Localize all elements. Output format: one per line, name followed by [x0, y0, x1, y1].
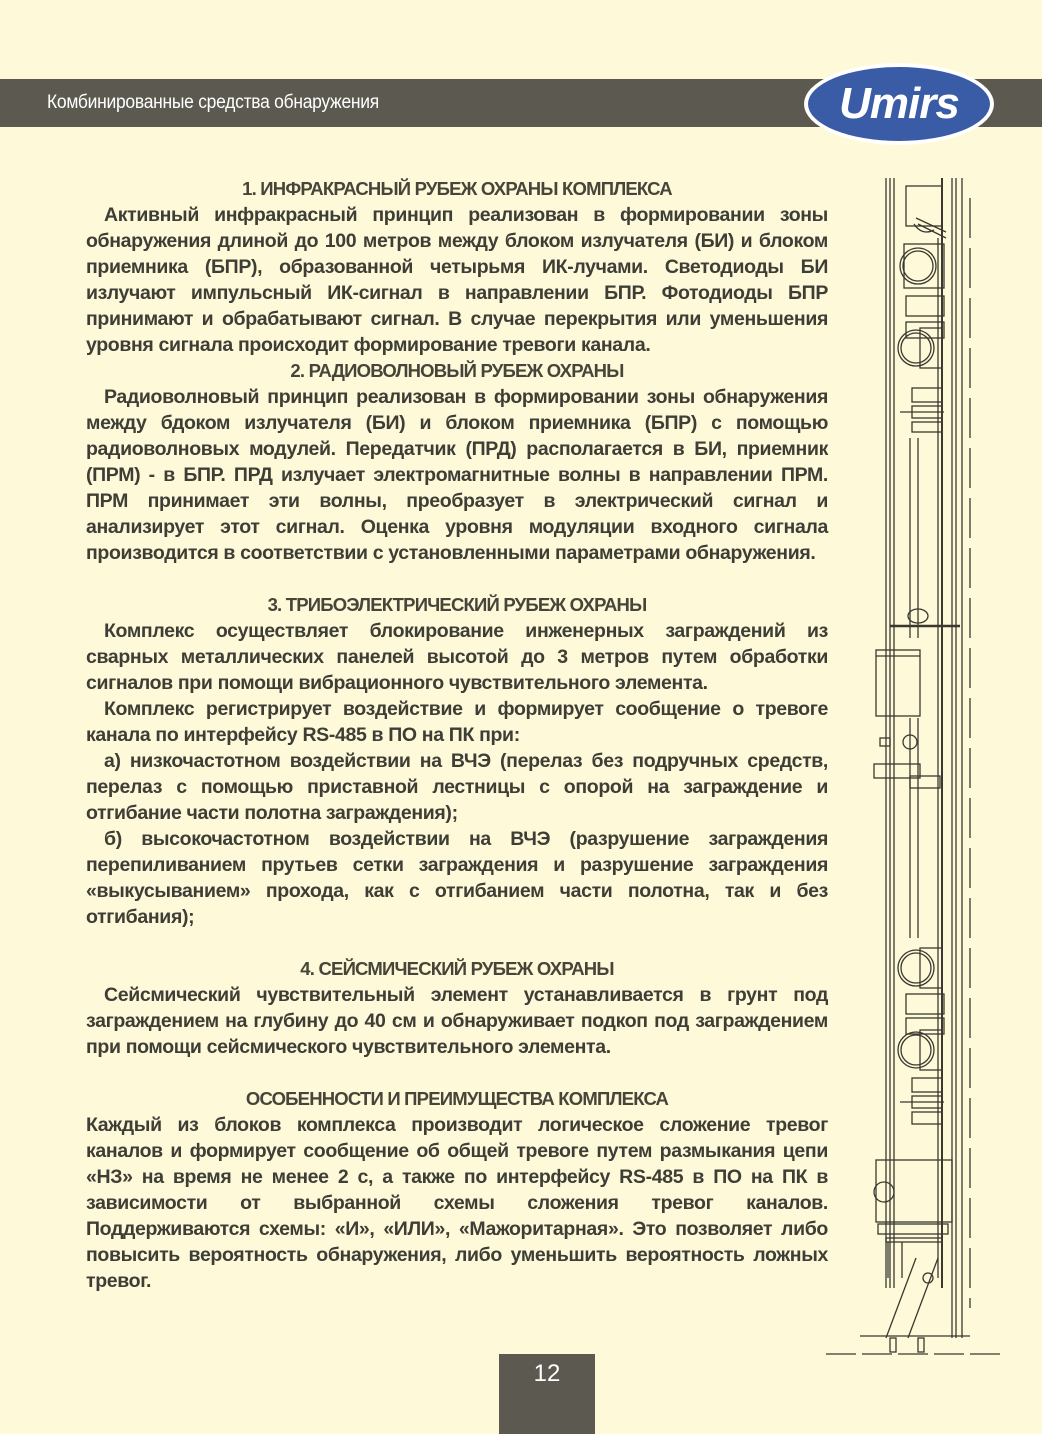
section-paragraph-triboelectric-a: а) низкочастотном воздействии на ВЧЭ (пе… [86, 748, 828, 826]
section-paragraph-seismic: Сейсмический чувствительный элемент уста… [86, 982, 828, 1060]
section-paragraph-triboelectric-b: б) высокочастотном воздействии на ВЧЭ (р… [86, 826, 828, 930]
page-number-box: 12 [499, 1354, 595, 1434]
section-heading-seismic: 4. СЕЙСМИЧЕСКИЙ РУБЕЖ ОХРАНЫ [86, 956, 828, 982]
section-heading-features: ОСОБЕННОСТИ И ПРЕИМУЩЕСТВА КОМПЛЕКСА [86, 1086, 828, 1112]
detector-column-drawing [820, 178, 1010, 1368]
section-paragraph-radiowave: Радиоволновый принцип реализован в форми… [86, 384, 828, 566]
section-paragraph-infrared: Активный инфракрасный принцип реализован… [86, 202, 828, 358]
svg-text:Umirs: Umirs [839, 79, 959, 128]
page-header-title: Комбинированные средства обнаружения [47, 92, 379, 114]
main-content: 1. ИНФРАКРАСНЫЙ РУБЕЖ ОХРАНЫ КОМПЛЕКСА А… [86, 176, 828, 1294]
page-number: 12 [499, 1360, 595, 1388]
section-paragraph-triboelectric-1: Комплекс осуществляет блокирование инжен… [86, 618, 828, 696]
section-paragraph-features: Каждый из блоков комплекса производит ло… [86, 1112, 828, 1294]
section-heading-radiowave: 2. РАДИОВОЛНОВЫЙ РУБЕЖ ОХРАНЫ [86, 358, 828, 384]
section-paragraph-triboelectric-2: Комплекс регистрирует воздействие и форм… [86, 696, 828, 748]
section-heading-triboelectric: 3. ТРИБОЭЛЕКТРИЧЕСКИЙ РУБЕЖ ОХРАНЫ [86, 592, 828, 618]
umirs-logo: Umirs [802, 62, 996, 146]
section-heading-infrared: 1. ИНФРАКРАСНЫЙ РУБЕЖ ОХРАНЫ КОМПЛЕКСА [86, 176, 828, 202]
